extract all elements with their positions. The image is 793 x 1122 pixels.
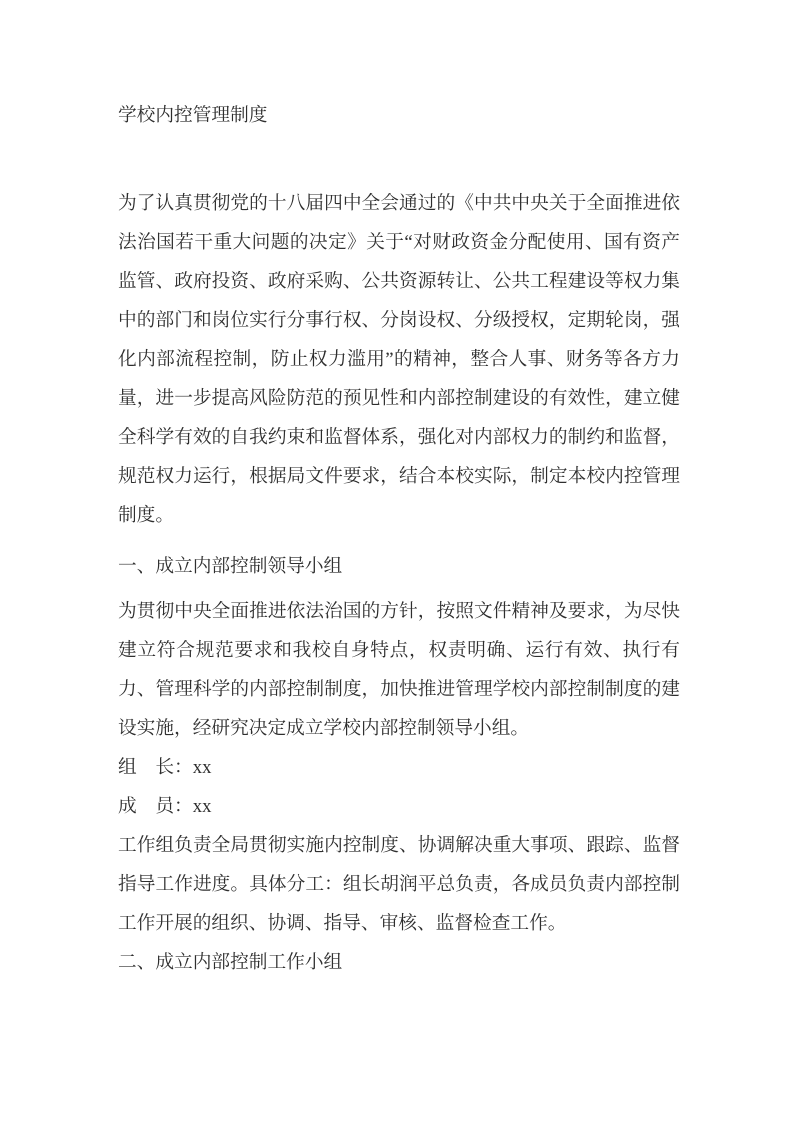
document-page: 学校内控管理制度 为了认真贯彻党的十八届四中全会通过的《中共中央关于全面推进依法…	[0, 0, 793, 1122]
section-heading-leading-group: 一、成立内部控制领导小组	[118, 547, 680, 586]
line-group-members: 成 员：xx	[118, 787, 680, 826]
paragraph-workgroup-duties: 工作组负责全局贯彻实施内控制度、协调解决重大事项、跟踪、监督指导工作进度。具体分…	[118, 826, 680, 943]
line-group-leader: 组 长：xx	[118, 748, 680, 787]
document-title: 学校内控管理制度	[118, 96, 680, 135]
paragraph-intro: 为了认真贯彻党的十八届四中全会通过的《中共中央关于全面推进依法治国若干重大问题的…	[118, 184, 680, 535]
section-heading-work-group: 二、成立内部控制工作小组	[118, 943, 680, 982]
paragraph-leading-group-setup: 为贯彻中央全面推进依法治国的方针，按照文件精神及要求，为尽快建立符合规范要求和我…	[118, 592, 680, 748]
